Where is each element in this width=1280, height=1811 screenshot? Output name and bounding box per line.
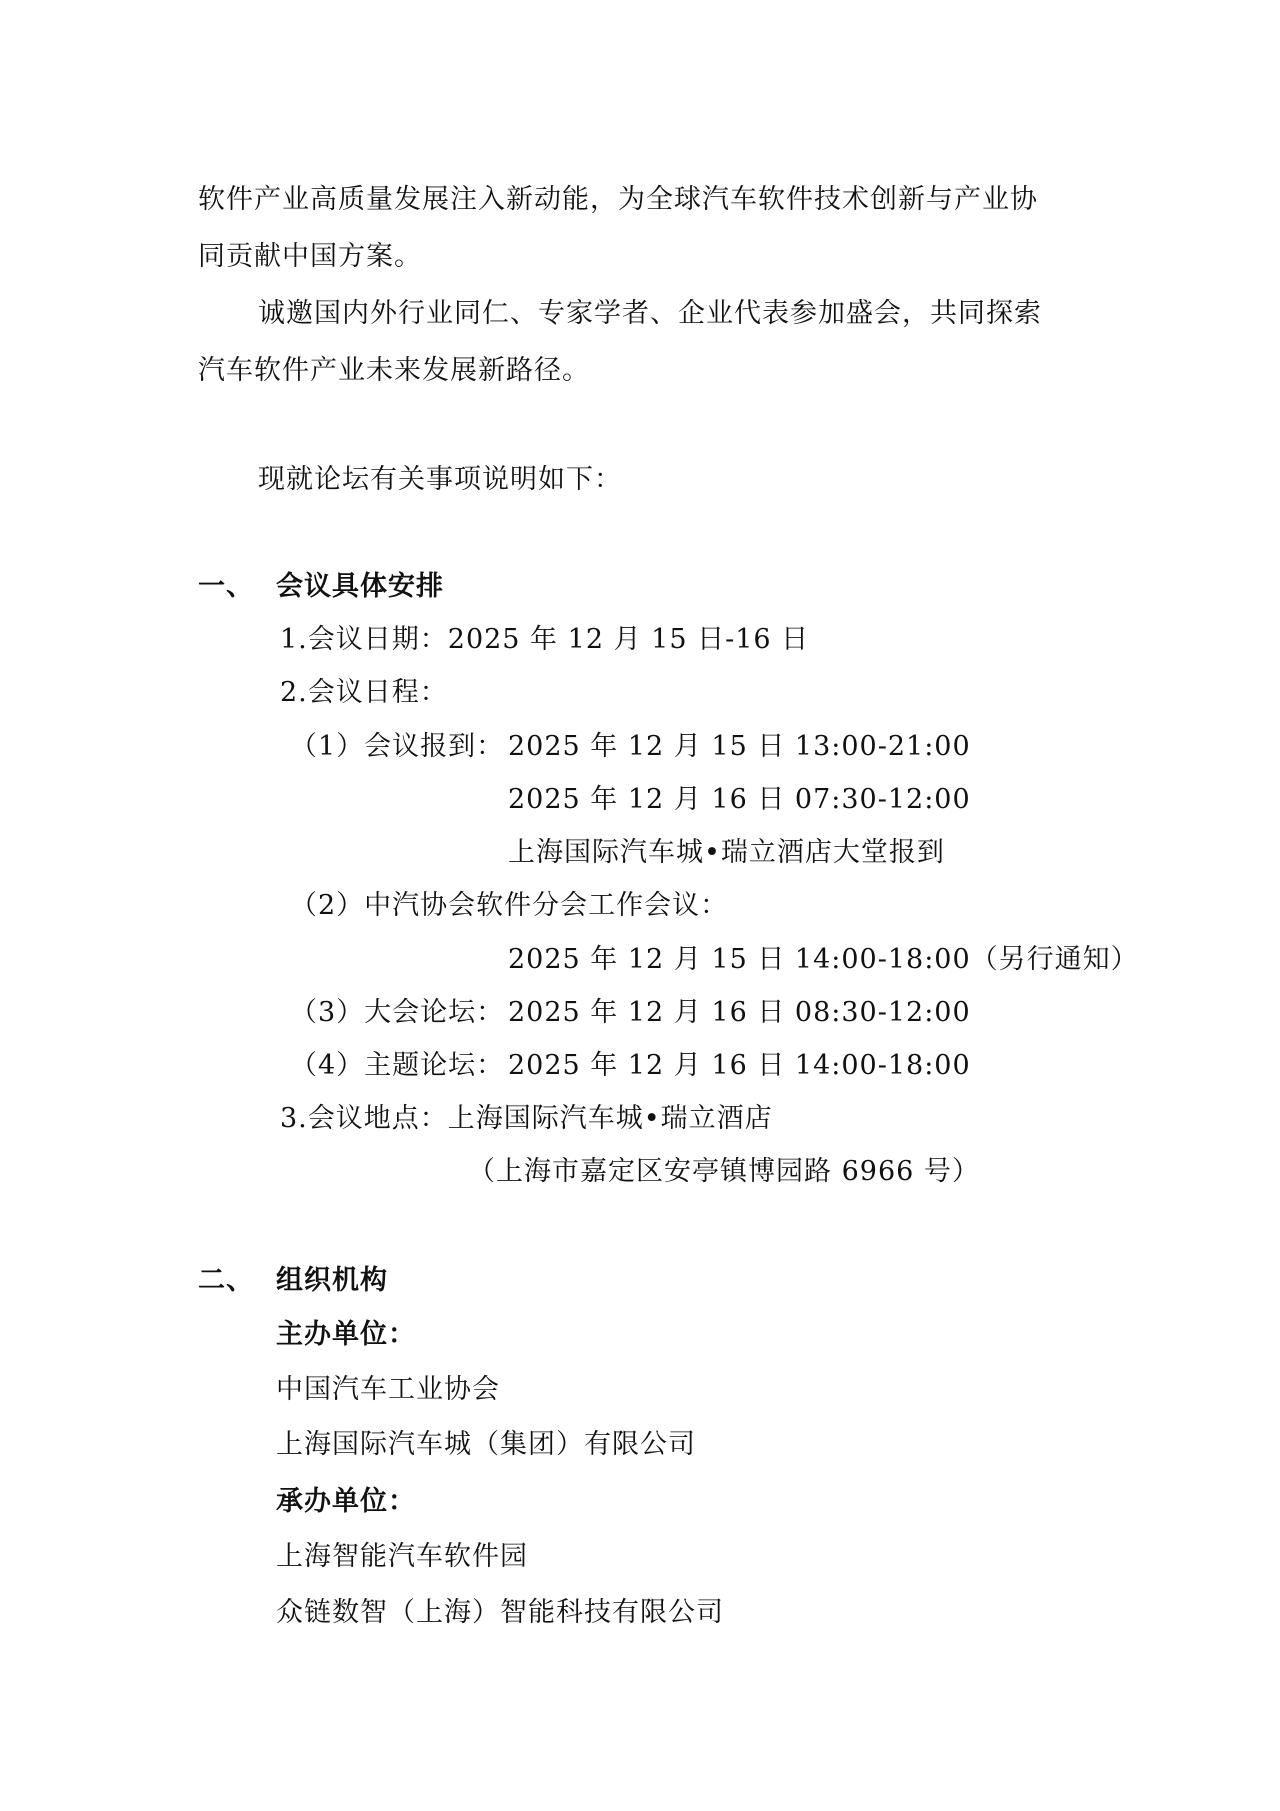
organizer-1: 上海智能汽车软件园 bbox=[276, 1540, 528, 1574]
schedule-item-3-line-1: 2025 年 12 月 16 日 08:30-12:00 bbox=[508, 996, 971, 1030]
intro-paragraph-1-line-2: 同贡献中国方案。 bbox=[198, 240, 422, 274]
section-1-title: 会议具体安排 bbox=[276, 570, 444, 604]
intro-paragraph-3: 现就论坛有关事项说明如下： bbox=[258, 463, 622, 497]
schedule-item-4-line-1: 2025 年 12 月 16 日 14:00-18:00 bbox=[508, 1049, 971, 1083]
organizer-label: 承办单位： bbox=[276, 1485, 416, 1519]
meeting-date: 1.会议日期：2025 年 12 月 15 日-16 日 bbox=[280, 623, 809, 657]
host-2: 上海国际汽车城（集团）有限公司 bbox=[276, 1428, 696, 1462]
meeting-venue: 3.会议地点：上海国际汽车城•瑞立酒店 bbox=[280, 1102, 773, 1136]
intro-paragraph-2-line-1: 诚邀国内外行业同仁、专家学者、企业代表参加盛会，共同探索 bbox=[258, 297, 1042, 331]
intro-paragraph-2-line-2: 汽车软件产业未来发展新路径。 bbox=[198, 354, 590, 388]
section-2-title: 组织机构 bbox=[276, 1264, 388, 1298]
schedule-item-2-label: （2）中汽协会软件分会工作会议： bbox=[290, 889, 728, 923]
schedule-item-1-line-1: 2025 年 12 月 15 日 13:00-21:00 bbox=[508, 730, 971, 764]
section-2-number: 二、 bbox=[198, 1264, 254, 1298]
host-label: 主办单位： bbox=[276, 1318, 416, 1352]
schedule-item-1-line-2: 2025 年 12 月 16 日 07:30-12:00 bbox=[508, 783, 971, 817]
section-1-number: 一、 bbox=[198, 570, 254, 604]
host-1: 中国汽车工业协会 bbox=[276, 1373, 500, 1407]
schedule-item-1-line-3: 上海国际汽车城•瑞立酒店大堂报到 bbox=[508, 836, 945, 870]
schedule-item-4-label: （4）主题论坛： bbox=[290, 1049, 504, 1083]
venue-address: （上海市嘉定区安亭镇博园路 6966 号） bbox=[468, 1155, 980, 1189]
schedule-item-1-label: （1）会议报到： bbox=[290, 730, 504, 764]
schedule-label: 2.会议日程： bbox=[280, 676, 448, 710]
organizer-2: 众链数智（上海）智能科技有限公司 bbox=[276, 1596, 724, 1630]
intro-paragraph-1-line-1: 软件产业高质量发展注入新动能，为全球汽车软件技术创新与产业协 bbox=[198, 183, 1038, 217]
schedule-item-2-line-1: 2025 年 12 月 15 日 14:00-18:00（另行通知） bbox=[508, 943, 1139, 977]
schedule-item-3-label: （3）大会论坛： bbox=[290, 996, 504, 1030]
